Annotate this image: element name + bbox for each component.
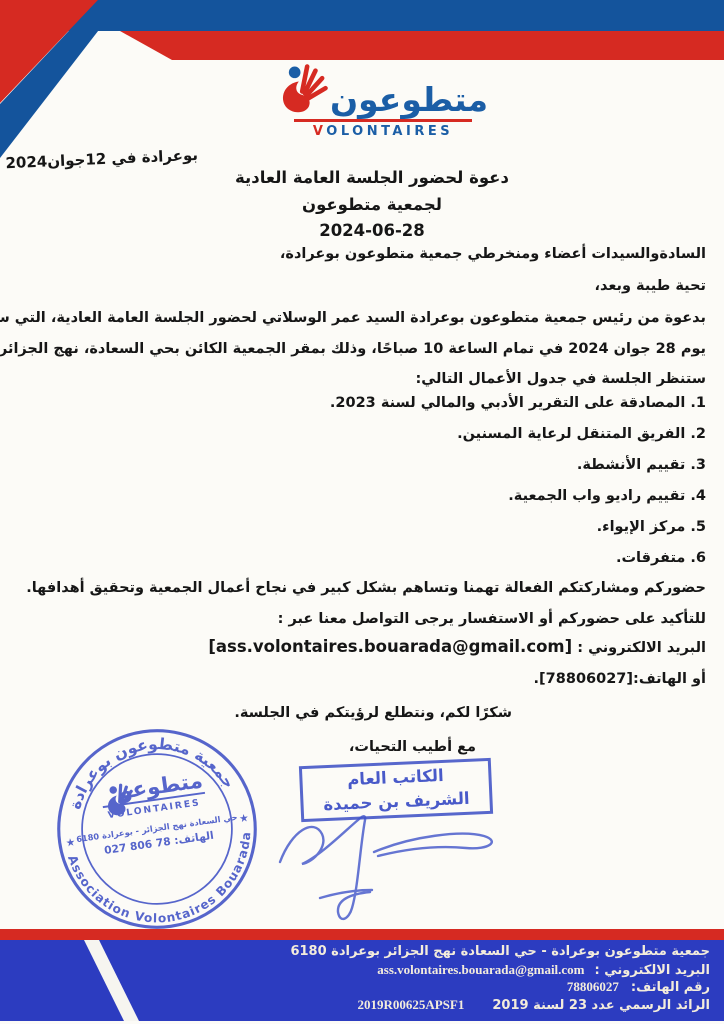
phone-label: أو الهاتف: (633, 671, 706, 687)
footer-registry-arabic: الرائد الرسمي عدد 23 لسنة 2019 (492, 997, 710, 1015)
footer-email-value: ass.volontaires.bouarada@gmail.com (377, 961, 584, 979)
invitation-line-2: يوم 28 جوان 2024 في تمام الساعة 10 صباحً… (10, 338, 706, 360)
agenda-item-5: 5. مركز الإيواء. (10, 516, 706, 538)
footer-phone-value: 78806027 (567, 978, 619, 996)
logo-arabic-wordmark: متطوعون (330, 83, 488, 116)
footer-red-stripe (0, 929, 724, 940)
greeting-line: تحية طيبة وبعد، (10, 275, 706, 297)
letter-page: متطوعون VOLONTAIRES بوعرادة في 12جوان202… (0, 0, 724, 1024)
signature-ink (262, 800, 512, 928)
title-line-1: دعوة لحضور الجلسة العامة العادية (20, 168, 724, 187)
association-logo: متطوعون VOLONTAIRES (294, 62, 472, 139)
agenda-item-1: 1. المصادقة على التقرير الأدبي والمالي ل… (10, 392, 706, 414)
agenda-item-2: 2. الفريق المتنقل لرعاية المسنين. (10, 423, 706, 445)
title-line-3: 2024-06-28 (20, 221, 724, 240)
header-red-bar (120, 31, 724, 60)
logo-latin-wordmark: VOLONTAIRES (294, 124, 472, 139)
phone-line: أو الهاتف:[78806027]. (10, 668, 706, 690)
email-label: البريد الالكتروني : (572, 640, 706, 656)
association-round-stamp: جمعية متطوعون بوعرادة Association Volont… (50, 722, 264, 936)
agenda-item-3: 3. تقييم الأنشطة. (10, 454, 706, 476)
footer-registry-line: 2019R00625APSF1 الرائد الرسمي عدد 23 لسن… (0, 996, 710, 1015)
footer-phone-line: 78806027 رقم الهاتف: (0, 978, 710, 997)
logo-latin-v: V (313, 124, 326, 139)
footer-phone-label: رقم الهاتف: (631, 979, 710, 997)
email-value: [ass.volontaires.bouarada@gmail.com] (208, 637, 572, 656)
attendance-line: حضوركم ومشاركتكم الفعالة تهمنا وتساهم بش… (10, 577, 706, 599)
agenda-item-4: 4. تقييم راديو واب الجمعية. (10, 485, 706, 507)
email-line: البريد الالكتروني : [ass.volontaires.bou… (10, 636, 706, 659)
logo-underline (294, 119, 472, 122)
hand-person-icon (278, 62, 328, 116)
logo-latin-rest: OLONTAIRES (326, 124, 453, 139)
footer-address-line: جمعية متطوعون بوعرادة - حي السعادة نهج ا… (0, 943, 710, 961)
agenda-item-6: 6. متفرقات. (10, 547, 706, 569)
thanks-line: شكرًا لكم، ونتطلع لرؤيتكم في الجلسة. (10, 702, 512, 724)
stamp-star-right-icon: ★ (238, 811, 249, 825)
invitation-line-1: بدعوة من رئيس جمعية متطوعون بوعرادة السي… (10, 307, 706, 329)
phone-value: [78806027] (539, 671, 633, 687)
title-line-2: لجمعية متطوعون (20, 195, 724, 214)
salutation-line: السادةوالسيدات أعضاء ومنخرطي جمعية متطوع… (10, 243, 706, 265)
agenda-intro: ستنظر الجلسة في جدول الأعمال التالي: (10, 368, 706, 390)
contact-line: للتأكيد على حضوركم أو الاستفسار يرجى الت… (10, 608, 706, 630)
footer-registry-code: 2019R00625APSF1 (357, 996, 464, 1014)
stamp-star-left-icon: ★ (65, 835, 76, 849)
